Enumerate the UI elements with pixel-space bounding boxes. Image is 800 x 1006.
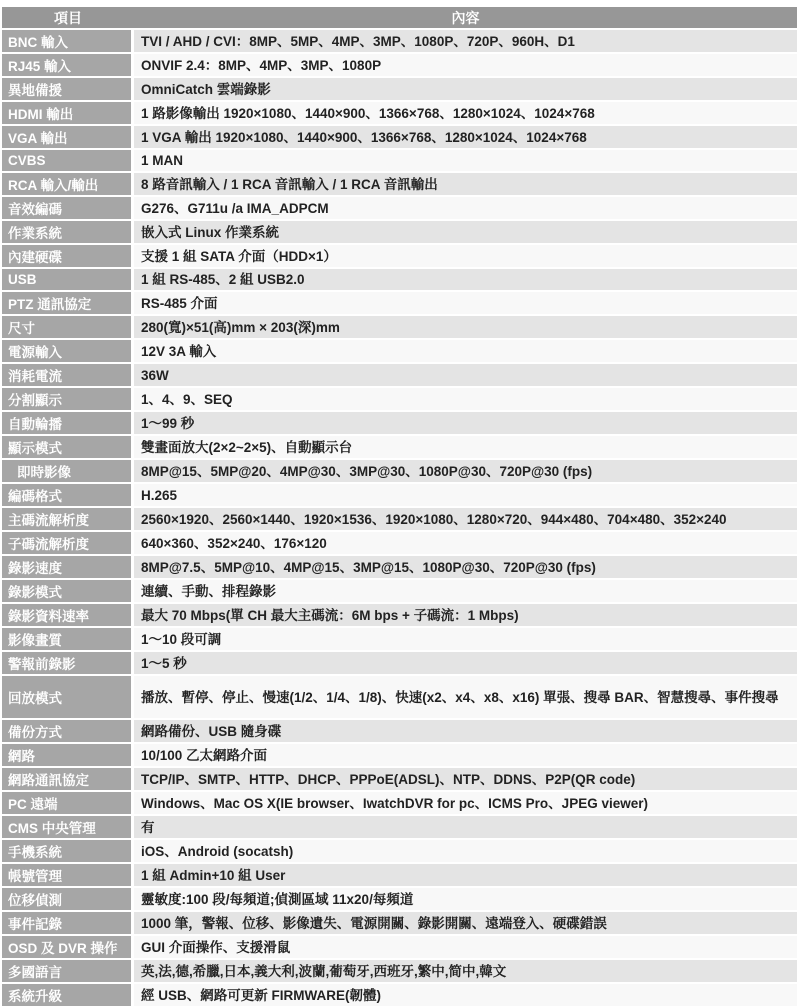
row-label: 顯示模式 — [2, 436, 131, 458]
row-label: VGA 輸出 — [2, 126, 131, 148]
row-content: 1～5 秒 — [134, 652, 797, 674]
row-content: 10/100 乙太網路介面 — [134, 744, 797, 766]
row-label: 網路通訊協定 — [2, 768, 131, 790]
spec-table: 項目 內容 BNC 輸入 TVI / AHD / CVI：8MP、5MP、4MP… — [2, 7, 797, 945]
table-row: 影像畫質 1～10 段可調 — [2, 628, 797, 650]
table-row: 尺寸 280(寬)×51(高)mm × 203(深)mm — [2, 316, 797, 338]
table-row: 錄影模式 連續、手動、排程錄影 — [2, 580, 797, 602]
row-content: 8 路音訊輸入 / 1 RCA 音訊輸入 / 1 RCA 音訊輸出 — [134, 173, 797, 195]
table-row: 異地備援 OmniCatch 雲端錄影 — [2, 78, 797, 100]
row-content: ONVIF 2.4：8MP、4MP、3MP、1080P — [134, 54, 797, 76]
table-row: 顯示模式 雙畫面放大(2×2~2×5)、自動顯示台 — [2, 436, 797, 458]
table-row: USB 1 組 RS-485、2 組 USB2.0 — [2, 269, 797, 290]
table-header: 項目 內容 — [2, 7, 797, 28]
table-row: 警報前錄影 1～5 秒 — [2, 652, 797, 674]
row-content: TCP/IP、SMTP、HTTP、DHCP、PPPoE(ADSL)、NTP、DD… — [134, 768, 797, 790]
row-label: BNC 輸入 — [2, 30, 131, 52]
row-content: 12V 3A 輸入 — [134, 340, 797, 362]
row-content: 播放、暫停、停止、慢速(1/2、1/4、1/8)、快速(x2、x4、x8、x16… — [134, 676, 797, 718]
table-row: 即時影像 8MP@15、5MP@20、4MP@30、3MP@30、1080P@3… — [2, 460, 797, 482]
row-label: 電源輸入 — [2, 340, 131, 362]
table-row: 主碼流解析度 2560×1920、2560×1440、1920×1536、192… — [2, 508, 797, 530]
row-content: iOS、Android (socatsh) — [134, 840, 797, 862]
row-content: 支援 1 組 SATA 介面（HDD×1） — [134, 245, 797, 267]
row-label: 影像畫質 — [2, 628, 131, 650]
row-label: 分割顯示 — [2, 388, 131, 410]
row-label: 備份方式 — [2, 720, 131, 742]
row-content: 1 路影像輸出 1920×1080、1440×900、1366×768、1280… — [134, 102, 797, 124]
row-content: G276、G711u /a IMA_ADPCM — [134, 197, 797, 219]
table-row: VGA 輸出 1 VGA 輸出 1920×1080、1440×900、1366×… — [2, 126, 797, 148]
table-row: CVBS 1 MAN — [2, 150, 797, 171]
row-label: 尺寸 — [2, 316, 131, 338]
header-content-column: 內容 — [134, 8, 797, 28]
row-content: Windows、Mac OS X(IE browser、IwatchDVR fo… — [134, 792, 797, 814]
table-row: 分割顯示 1、4、9、SEQ — [2, 388, 797, 410]
row-content: RS-485 介面 — [134, 292, 797, 314]
row-content: H.265 — [134, 484, 797, 506]
row-content: GUI 介面操作、支援滑鼠 — [134, 936, 797, 945]
row-content: 網路備份、USB 隨身碟 — [134, 720, 797, 742]
row-label: 錄影模式 — [2, 580, 131, 602]
row-content: 嵌入式 Linux 作業系統 — [134, 221, 797, 243]
table-row: PTZ 通訊協定 RS-485 介面 — [2, 292, 797, 314]
row-content: 雙畫面放大(2×2~2×5)、自動顯示台 — [134, 436, 797, 458]
table-row: PC 遠端 Windows、Mac OS X(IE browser、Iwatch… — [2, 792, 797, 814]
table-row: 帳號管理 1 組 Admin+10 組 User — [2, 864, 797, 886]
table-row: HDMI 輸出 1 路影像輸出 1920×1080、1440×900、1366×… — [2, 102, 797, 124]
row-content: TVI / AHD / CVI：8MP、5MP、4MP、3MP、1080P、72… — [134, 30, 797, 52]
table-row: RJ45 輸入 ONVIF 2.4：8MP、4MP、3MP、1080P — [2, 54, 797, 76]
table-row: 手機系統 iOS、Android (socatsh) — [2, 840, 797, 862]
row-content: OmniCatch 雲端錄影 — [134, 78, 797, 100]
table-row: 網路通訊協定 TCP/IP、SMTP、HTTP、DHCP、PPPoE(ADSL)… — [2, 768, 797, 790]
row-label: 警報前錄影 — [2, 652, 131, 674]
table-row: 網路 10/100 乙太網路介面 — [2, 744, 797, 766]
row-content: 1～10 段可調 — [134, 628, 797, 650]
row-label: 位移偵測 — [2, 888, 131, 910]
row-label: 自動輪播 — [2, 412, 131, 434]
table-row: BNC 輸入 TVI / AHD / CVI：8MP、5MP、4MP、3MP、1… — [2, 30, 797, 52]
row-label: 內建硬碟 — [2, 245, 131, 267]
row-label: 帳號管理 — [2, 864, 131, 886]
row-content: 1～99 秒 — [134, 412, 797, 434]
table-row: RCA 輸入/輸出 8 路音訊輸入 / 1 RCA 音訊輸入 / 1 RCA 音… — [2, 173, 797, 195]
row-label: HDMI 輸出 — [2, 102, 131, 124]
row-label: 事件記錄 — [2, 912, 131, 934]
row-content: 1 VGA 輸出 1920×1080、1440×900、1366×768、128… — [134, 126, 797, 148]
table-row: 事件記錄 1000 筆，警報、位移、影像遺失、電源開關、錄影開關、遠端登入、硬碟… — [2, 912, 797, 934]
row-content: 1 MAN — [134, 150, 797, 171]
row-content: 1000 筆，警報、位移、影像遺失、電源開關、錄影開關、遠端登入、硬碟錯誤 — [134, 912, 797, 934]
row-label: USB — [2, 269, 131, 290]
row-content: 1 組 Admin+10 組 User — [134, 864, 797, 886]
table-row: 音效編碼 G276、G711u /a IMA_ADPCM — [2, 197, 797, 219]
table-row: CMS 中央管理 有 — [2, 816, 797, 838]
row-label: RJ45 輸入 — [2, 54, 131, 76]
row-content: 8MP@7.5、5MP@10、4MP@15、3MP@15、1080P@30、72… — [134, 556, 797, 578]
table-row: 回放模式 播放、暫停、停止、慢速(1/2、1/4、1/8)、快速(x2、x4、x… — [2, 676, 797, 718]
table-row: OSD 及 DVR 操作 GUI 介面操作、支援滑鼠 — [2, 936, 797, 945]
row-label: 作業系統 — [2, 221, 131, 243]
row-label: 子碼流解析度 — [2, 532, 131, 554]
row-content: 靈敏度:100 段/每頻道;偵測區域 11x20/每頻道 — [134, 888, 797, 910]
row-content: 36W — [134, 364, 797, 386]
row-content: 1、4、9、SEQ — [134, 388, 797, 410]
header-item-column: 項目 — [2, 8, 134, 28]
table-row: 電源輸入 12V 3A 輸入 — [2, 340, 797, 362]
row-content: 280(寬)×51(高)mm × 203(深)mm — [134, 316, 797, 338]
row-label: 主碼流解析度 — [2, 508, 131, 530]
table-row: 位移偵測 靈敏度:100 段/每頻道;偵測區域 11x20/每頻道 — [2, 888, 797, 910]
row-label: 編碼格式 — [2, 484, 131, 506]
row-content: 最大 70 Mbps(單 CH 最大主碼流：6M bps + 子碼流：1 Mbp… — [134, 604, 797, 626]
row-label: 消耗電流 — [2, 364, 131, 386]
table-row: 內建硬碟 支援 1 組 SATA 介面（HDD×1） — [2, 245, 797, 267]
row-label: CMS 中央管理 — [2, 816, 131, 838]
row-content: 640×360、352×240、176×120 — [134, 532, 797, 554]
table-row: 錄影資料速率 最大 70 Mbps(單 CH 最大主碼流：6M bps + 子碼… — [2, 604, 797, 626]
row-content: 8MP@15、5MP@20、4MP@30、3MP@30、1080P@30、720… — [134, 460, 797, 482]
row-content: 2560×1920、2560×1440、1920×1536、1920×1080、… — [134, 508, 797, 530]
table-row: 作業系統 嵌入式 Linux 作業系統 — [2, 221, 797, 243]
row-label: 錄影速度 — [2, 556, 131, 578]
row-label: OSD 及 DVR 操作 — [2, 936, 131, 945]
row-label: 錄影資料速率 — [2, 604, 131, 626]
row-label: 即時影像 — [2, 460, 131, 482]
row-label: 回放模式 — [2, 676, 131, 718]
row-label: CVBS — [2, 150, 131, 171]
table-row: 備份方式 網路備份、USB 隨身碟 — [2, 720, 797, 742]
row-content: 有 — [134, 816, 797, 838]
table-row: 錄影速度 8MP@7.5、5MP@10、4MP@15、3MP@15、1080P@… — [2, 556, 797, 578]
row-label: RCA 輸入/輸出 — [2, 173, 131, 195]
row-label: PC 遠端 — [2, 792, 131, 814]
row-label: PTZ 通訊協定 — [2, 292, 131, 314]
row-label: 音效編碼 — [2, 197, 131, 219]
row-label: 手機系統 — [2, 840, 131, 862]
table-row: 消耗電流 36W — [2, 364, 797, 386]
row-label: 異地備援 — [2, 78, 131, 100]
table-row: 編碼格式 H.265 — [2, 484, 797, 506]
row-content: 連續、手動、排程錄影 — [134, 580, 797, 602]
table-row: 子碼流解析度 640×360、352×240、176×120 — [2, 532, 797, 554]
table-row: 自動輪播 1～99 秒 — [2, 412, 797, 434]
row-label: 網路 — [2, 744, 131, 766]
row-content: 1 組 RS-485、2 組 USB2.0 — [134, 269, 797, 290]
